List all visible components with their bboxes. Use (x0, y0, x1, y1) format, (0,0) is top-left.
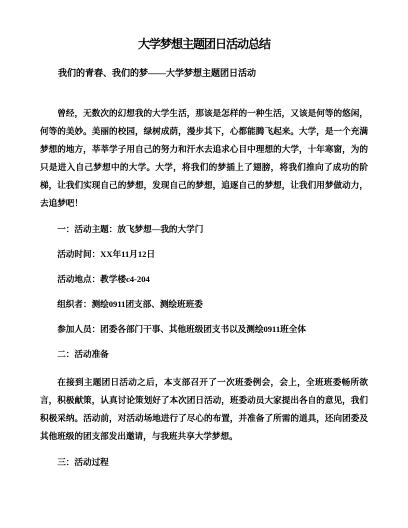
doc-title: 大学梦想主题团日活动总结 (40, 36, 368, 52)
line-organizer: 组织者：测绘0911团支部、测绘班班委 (40, 295, 368, 313)
heading-preparation: 二：活动准备 (40, 345, 368, 363)
line-activity-theme: 一：活动主题：放飞梦想—我的大学门 (40, 220, 368, 238)
line-activity-place: 活动地点：教学楼c4-204 (40, 270, 368, 288)
line-participants: 参加人员：团委各部门干事、其他班级团支书以及测绘0911班全体 (40, 320, 368, 338)
preparation-paragraph: 在接到主题团日活动之后，本支部召开了一次班委例会，会上，全班班委畅所欲言，积极献… (40, 373, 368, 445)
document-page: 大学梦想主题团日活动总结 我们的青春、我们的梦——大学梦想主题团日活动 曾经，无… (0, 0, 408, 528)
line-activity-time: 活动时间：XX年11月12日 (40, 245, 368, 263)
intro-paragraph: 曾经，无数次的幻想我的大学生活，那该是怎样的一种生活，又该是何等的悠闲，何等的美… (40, 104, 368, 212)
doc-subtitle: 我们的青春、我们的梦——大学梦想主题团日活动 (40, 66, 368, 80)
heading-activity-process: 三：活动过程 (40, 453, 368, 471)
